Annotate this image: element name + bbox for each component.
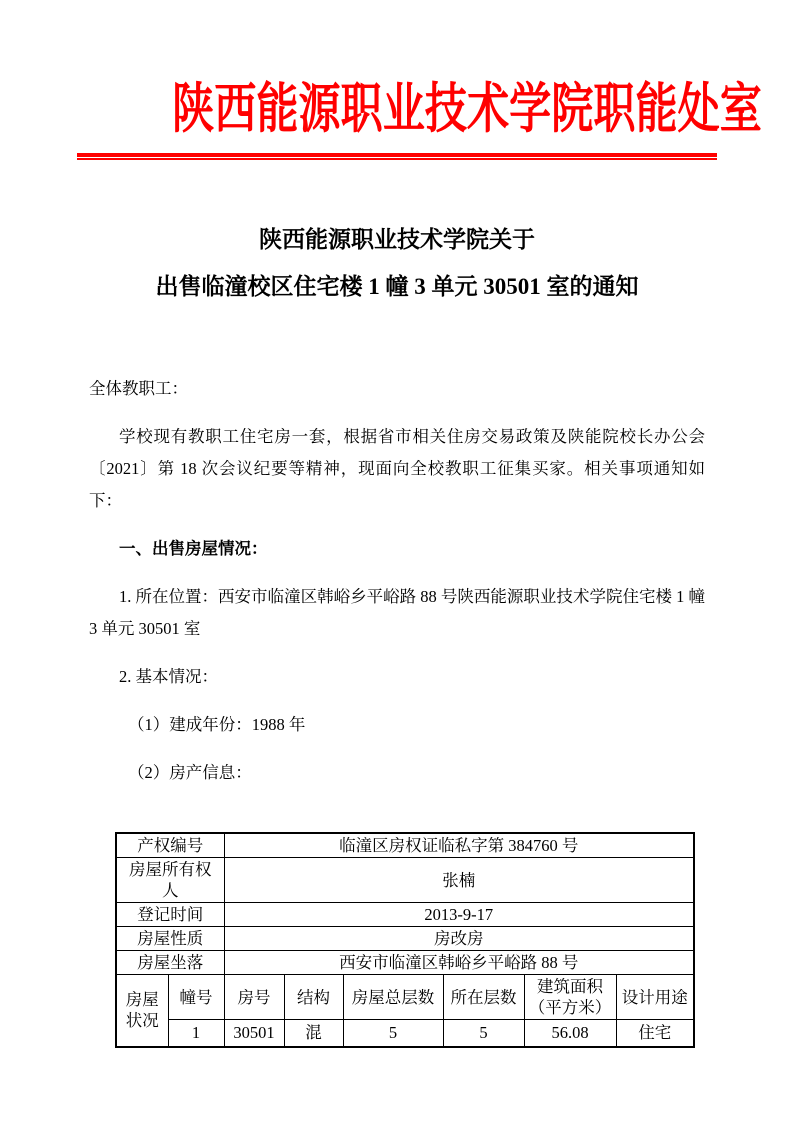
registration-date-label: 登记时间 xyxy=(116,903,224,927)
registration-date-value: 2013-9-17 xyxy=(224,903,694,927)
header-designed-use: 设计用途 xyxy=(616,975,694,1020)
value-total-floors: 5 xyxy=(343,1020,443,1047)
document-title: 陕西能源职业技术学院关于 出售临潼校区住宅楼 1 幢 3 单元 30501 室的… xyxy=(89,216,705,310)
property-id-value: 临潼区房权证临私字第 384760 号 xyxy=(224,833,694,858)
header-room-no: 房号 xyxy=(224,975,284,1020)
value-floor-area: 56.08 xyxy=(524,1020,616,1047)
letterhead-divider xyxy=(77,153,717,160)
letterhead-title: 陕西能源职业技术学院职能处室 xyxy=(172,82,762,136)
table-row-house-nature: 房屋性质 房改房 xyxy=(116,927,694,951)
sub-item-build-year: （1）建成年份：1988 年 xyxy=(89,709,705,741)
header-building-no: 幢号 xyxy=(168,975,224,1020)
intro-paragraph: 学校现有教职工住宅房一套，根据省市相关住房交易政策及陕能院校长办公会〔2021〕… xyxy=(89,421,705,517)
header-floor-located: 所在层数 xyxy=(443,975,524,1020)
owner-value: 张楠 xyxy=(224,858,694,903)
house-address-label: 房屋坐落 xyxy=(116,951,224,975)
document-page: 陕西能源职业技术学院职能处室 陕西能源职业技术学院关于 出售临潼校区住宅楼 1 … xyxy=(0,0,794,1123)
header-total-floors: 房屋总层数 xyxy=(343,975,443,1020)
table-row-status-values: 1 30501 混 5 5 56.08 住宅 xyxy=(116,1020,694,1047)
house-nature-label: 房屋性质 xyxy=(116,927,224,951)
document-title-line-1: 陕西能源职业技术学院关于 xyxy=(89,216,705,263)
table-row-status-headers: 房屋状况 幢号 房号 结构 房屋总层数 所在层数 建筑面积（平方米） 设计用途 xyxy=(116,975,694,1020)
salutation: 全体教职工： xyxy=(89,373,705,405)
list-item-basic-info: 2. 基本情况： xyxy=(89,661,705,693)
section-1-heading: 一、出售房屋情况： xyxy=(89,533,705,565)
property-table: 产权编号 临潼区房权证临私字第 384760 号 房屋所有权人 张楠 登记时间 … xyxy=(115,832,695,1048)
letterhead: 陕西能源职业技术学院职能处室 xyxy=(89,82,705,138)
value-designed-use: 住宅 xyxy=(616,1020,694,1047)
house-address-value: 西安市临潼区韩峪乡平峪路 88 号 xyxy=(224,951,694,975)
value-building-no: 1 xyxy=(168,1020,224,1047)
table-row-owner: 房屋所有权人 张楠 xyxy=(116,858,694,903)
header-floor-area: 建筑面积（平方米） xyxy=(524,975,616,1020)
value-room-no: 30501 xyxy=(224,1020,284,1047)
document-title-line-2: 出售临潼校区住宅楼 1 幢 3 单元 30501 室的通知 xyxy=(89,263,705,310)
sub-item-property-info: （2）房产信息： xyxy=(89,757,705,789)
owner-label: 房屋所有权人 xyxy=(116,858,224,903)
list-item-location: 1. 所在位置：西安市临潼区韩峪乡平峪路 88 号陕西能源职业技术学院住宅楼 1… xyxy=(89,581,705,645)
value-floor-located: 5 xyxy=(443,1020,524,1047)
header-structure: 结构 xyxy=(284,975,343,1020)
table-row-registration-date: 登记时间 2013-9-17 xyxy=(116,903,694,927)
house-nature-value: 房改房 xyxy=(224,927,694,951)
table-row-house-address: 房屋坐落 西安市临潼区韩峪乡平峪路 88 号 xyxy=(116,951,694,975)
property-id-label: 产权编号 xyxy=(116,833,224,858)
status-label: 房屋状况 xyxy=(116,975,168,1047)
value-structure: 混 xyxy=(284,1020,343,1047)
table-row-property-id: 产权编号 临潼区房权证临私字第 384760 号 xyxy=(116,833,694,858)
